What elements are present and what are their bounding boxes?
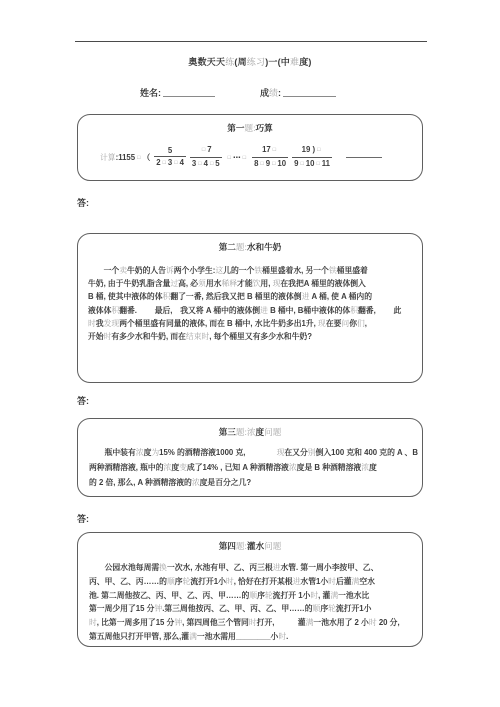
text-segment: 瓶中装有 bbox=[89, 448, 136, 457]
substituted-char: 稀释 bbox=[221, 279, 237, 288]
text-segment: 17 bbox=[262, 145, 271, 154]
substituted-char: 轮 bbox=[265, 591, 273, 600]
text-segment: , 第四周他三个管同 bbox=[182, 618, 249, 627]
missing-glyph-square: □ bbox=[260, 160, 263, 169]
text-segment: 开始 bbox=[88, 332, 104, 341]
name-blank-line bbox=[163, 95, 215, 97]
text-segment: 10 bbox=[277, 159, 286, 168]
substituted-char: 们 bbox=[357, 319, 365, 328]
text-segment: 4 bbox=[180, 158, 184, 167]
problem3-box: 第三题:浓度问题 瓶中装有浓度为15% 的酒精溶液1000 克, 现在又分别倒入… bbox=[77, 418, 423, 497]
text-segment: ⋯ bbox=[233, 153, 241, 162]
missing-glyph-square: □ bbox=[273, 146, 276, 155]
text-segment: 4 bbox=[204, 159, 208, 168]
text-segment: B 桶中, B桶中液体的体 bbox=[268, 306, 350, 315]
fraction: 19 )□9□10□11 bbox=[292, 145, 332, 170]
text-segment: 牛奶的人告 bbox=[127, 266, 166, 275]
problem-text-line: 的 2 倍, 那么, A 种酒精溶液的浓度是百分之几? bbox=[89, 475, 412, 490]
problem-text-line: 牛奶, 由于牛奶乳脂含量过高, 必须用水稀释才能饮用, 现在我把A 桶里的液体倒… bbox=[88, 277, 412, 290]
problem-text-line: 时, 比第一周多用了15 分钟, 第四周他三个管同时打开, 灌满一池水用了 2 … bbox=[89, 616, 412, 630]
text-segment: A 桶, 使 A 桶内的 bbox=[309, 292, 372, 301]
answer-label-3: 答: bbox=[77, 512, 89, 525]
substituted-char: 满 bbox=[189, 632, 197, 641]
text-segment: 用, bbox=[260, 279, 272, 288]
fraction-numerator: 5 bbox=[166, 146, 174, 156]
text-segment: 在又分 bbox=[284, 448, 307, 457]
problem2-box: 第二题:水和牛奶 一个卖牛奶的人告诉两个小学生:这儿的一个铁桶里盛着水, 另一个… bbox=[77, 233, 423, 383]
problem-text-line: 一个卖牛奶的人告诉两个小学生:这儿的一个铁桶里盛着水, 另一个铁桶里盛着 bbox=[88, 264, 412, 277]
missing-glyph-square: □ bbox=[228, 155, 231, 161]
substituted-char: 题: bbox=[236, 541, 247, 551]
text-segment: 一池水用了 2 小 bbox=[313, 618, 368, 627]
fraction: □73□4□5 bbox=[190, 145, 222, 170]
substituted-char: 别 bbox=[308, 448, 316, 457]
text-segment: 一个 bbox=[88, 266, 119, 275]
substituted-char: 时 bbox=[328, 577, 336, 586]
substituted-char: 发现 bbox=[104, 319, 120, 328]
text-segment: 9 bbox=[294, 159, 298, 168]
problem-text-line: 第五周他只打开甲管, 那么,灌满一池水需用________小时. bbox=[89, 630, 412, 644]
text-segment: 公园水池每周需 bbox=[89, 563, 159, 572]
text-segment: 流打开1小 bbox=[336, 604, 372, 613]
text-segment: 奥数天天 bbox=[188, 57, 225, 67]
text-segment: 度 bbox=[369, 463, 377, 472]
doc-title: 奥数天天练(周练习)一(中难度) bbox=[0, 55, 500, 68]
text-segment: 7 bbox=[207, 145, 211, 154]
problem-text-line: 瓶中装有浓度为15% 的酒精溶液1000 克, 现在又分别倒入100 克和 40… bbox=[89, 445, 412, 460]
text-segment: 成 bbox=[260, 88, 269, 98]
worksheet-page: 奥数天天练(周练习)一(中难度) 姓名: 成绩: 第一题:巧算 计算:1155□… bbox=[0, 0, 500, 707]
missing-glyph-square: □ bbox=[272, 160, 275, 169]
substituted-char: 满 bbox=[330, 591, 338, 600]
text-segment: 序 bbox=[257, 591, 265, 600]
substituted-char: 积 bbox=[350, 306, 358, 315]
substituted-char: 进 bbox=[260, 306, 268, 315]
text-segment: 序 bbox=[320, 604, 328, 613]
text-segment: 序 bbox=[175, 577, 183, 586]
fraction-denominator: 9□10□11 bbox=[292, 157, 332, 170]
fraction-numerator: □7 bbox=[198, 145, 214, 157]
text-segment: （ bbox=[142, 153, 150, 162]
substituted-char: 变 bbox=[179, 463, 187, 472]
substituted-char: 练 bbox=[225, 57, 234, 67]
substituted-char: 这 bbox=[215, 266, 223, 275]
missing-glyph-square: □ bbox=[137, 155, 140, 161]
problem-text-line: B 桶, 使其中液体的体积翻了一番, 然后我又把 B 桶里的液体倒进 A 桶, … bbox=[88, 290, 412, 303]
text-segment: 第五周他只打开甲管, 那么,灌 bbox=[89, 632, 189, 641]
problem2-title: 第二题:水和牛奶 bbox=[78, 241, 422, 253]
text-segment: 一池水需用________小 bbox=[197, 632, 278, 641]
text-segment: 流打开 1小 bbox=[273, 591, 311, 600]
text-segment: 翻了一番, 然后我又把 B 桶里的液体倒 bbox=[170, 292, 301, 301]
problem-text-line: 第一周少用了15 分钟.第三周他按丙、乙、甲、丙、乙、甲……的顺序轮流打开1小 bbox=[89, 602, 412, 616]
fraction: 17□8□9□10 bbox=[252, 145, 288, 170]
substituted-char: 浓 bbox=[136, 448, 144, 457]
problem4-title: 第四题:灌水问题 bbox=[78, 540, 422, 552]
text-segment: )一(中 bbox=[265, 57, 290, 67]
text-segment: 的 2 倍, 那么, A 种酒精溶液的 bbox=[89, 478, 192, 487]
text-segment: 度 bbox=[255, 427, 264, 437]
text-segment: 在要 bbox=[326, 319, 342, 328]
substituted-char: 题: bbox=[245, 123, 256, 133]
text-segment: B 桶, 使其中液体的体 bbox=[88, 292, 163, 301]
text-segment: 度是 B 种酒精溶液 bbox=[297, 463, 362, 472]
text-segment: 15% 的酒精溶液1000 克, bbox=[159, 448, 276, 457]
substituted-char: 过 bbox=[170, 279, 178, 288]
substituted-char: 须 bbox=[198, 279, 206, 288]
text-segment: , 比第一周多用了15 分 bbox=[97, 618, 175, 627]
text-segment: 3 bbox=[168, 158, 172, 167]
answer-label-2: 答: bbox=[77, 394, 89, 407]
text-segment: 桶里盛着 bbox=[337, 266, 368, 275]
text-segment: 用水 bbox=[206, 279, 222, 288]
problem3-title: 第三题:浓度问题 bbox=[78, 426, 422, 438]
substituted-char: 浓 bbox=[361, 463, 369, 472]
text-segment: 度是百分之几? bbox=[200, 478, 252, 487]
text-segment: 两个桶里盛有同量的液体, 而在 B 桶中, 水比牛奶多出1升, bbox=[119, 319, 318, 328]
fraction: 52□3□4 bbox=[154, 146, 186, 169]
text-segment: 第四 bbox=[219, 541, 236, 551]
problem-text-line: 丙、甲、乙、丙……的顺序轮流打开1小时, 恰好在打开某根进水管1小时后灌满空水 bbox=[89, 575, 412, 589]
text-segment: 5 bbox=[168, 146, 172, 155]
substituted-char: 绩 bbox=[269, 88, 278, 98]
substituted-char: 为 bbox=[151, 448, 159, 457]
missing-glyph-square: □ bbox=[163, 159, 166, 168]
problem3-text: 瓶中装有浓度为15% 的酒精溶液1000 克, 现在又分别倒入100 克和 40… bbox=[89, 445, 412, 490]
substituted-char: 时 bbox=[249, 618, 257, 627]
text-segment: 流打开1小 bbox=[190, 577, 226, 586]
text-segment: 2 bbox=[156, 158, 160, 167]
missing-glyph-square: □ bbox=[210, 160, 213, 169]
text-segment: 11 bbox=[322, 159, 330, 168]
text-segment: 10 bbox=[306, 159, 315, 168]
substituted-char: 现 bbox=[318, 319, 326, 328]
text-segment: 第三 bbox=[219, 427, 236, 437]
text-segment: 池. 第二周他按乙、丙、甲、乙、丙、甲……的 bbox=[89, 591, 249, 600]
answer-blank-line bbox=[346, 156, 382, 158]
substituted-char: 问题 bbox=[264, 427, 281, 437]
text-segment: 高, 必 bbox=[178, 279, 198, 288]
missing-glyph-square: □ bbox=[317, 146, 320, 155]
text-segment: 丙、甲、乙、丙……的 bbox=[89, 577, 167, 586]
text-segment: 一池水比 bbox=[338, 591, 369, 600]
problem1-title: 第一题:巧算 bbox=[78, 122, 422, 134]
text-segment: 3 bbox=[192, 159, 196, 168]
substituted-char: 计算 bbox=[100, 153, 116, 162]
text-segment: 翻番, 此 bbox=[358, 306, 401, 315]
substituted-char: 时 bbox=[89, 618, 97, 627]
substituted-char: 结束 bbox=[186, 332, 202, 341]
text-segment: 巧算 bbox=[255, 123, 272, 133]
text-segment: 第一周少用了15 分 bbox=[89, 604, 154, 613]
text-segment: 19 ) bbox=[302, 145, 315, 154]
text-segment: 液体体 bbox=[88, 306, 111, 315]
problem1-box: 第一题:巧算 计算:1155□（52□3□4□73□4□5□⋯□17□8□9□1… bbox=[77, 114, 423, 181]
text-segment: .第三周他按丙、乙、甲、丙、乙、甲……的 bbox=[162, 604, 312, 613]
substituted-char: 诉 bbox=[166, 266, 174, 275]
substituted-char: 时 bbox=[88, 319, 96, 328]
top-rule bbox=[75, 41, 427, 42]
missing-glyph-square: □ bbox=[202, 146, 205, 155]
text-segment: , 恰好在打开某根 bbox=[234, 577, 293, 586]
problem-text-line: 两种酒精溶液, 瓶中的浓度变成了14% , 已知 A 种酒精溶液浓度是 B 种酒… bbox=[89, 460, 412, 475]
text-segment: 度) bbox=[299, 57, 311, 67]
text-segment: 后灌 bbox=[336, 577, 352, 586]
fraction-denominator: 3□4□5 bbox=[190, 157, 222, 170]
missing-glyph-square: □ bbox=[174, 159, 177, 168]
text-segment: 牛奶, 由于牛奶乳脂含量 bbox=[88, 279, 170, 288]
substituted-char: 问题 bbox=[264, 541, 281, 551]
answer-label-1: 答: bbox=[77, 196, 89, 209]
substituted-char: 题: bbox=[236, 427, 247, 437]
text-segment: 20 分, bbox=[377, 618, 400, 627]
fraction-numerator: 19 )□ bbox=[300, 145, 325, 157]
text-segment: 5 bbox=[215, 159, 219, 168]
text-segment: 一次水, 水池有甲、乙、丙三根 bbox=[167, 563, 273, 572]
text-segment: 空水 bbox=[359, 577, 375, 586]
substituted-char: 铁 bbox=[329, 266, 337, 275]
missing-glyph-square: □ bbox=[300, 160, 303, 169]
text-segment: 翻番. 最后, 我又将 A 桶中的液体倒 bbox=[119, 306, 260, 315]
text-segment: 打开, 灌 bbox=[257, 618, 306, 627]
substituted-char: 浓 bbox=[192, 478, 200, 487]
substituted-char: 时 bbox=[278, 632, 286, 641]
substituted-char: 时 bbox=[369, 618, 377, 627]
text-segment: 在我把A 桶里的液体倒入 bbox=[280, 279, 365, 288]
score-label: 成绩: bbox=[260, 86, 281, 99]
text-segment: 第一 bbox=[227, 123, 244, 133]
text-segment: : bbox=[278, 88, 281, 98]
missing-glyph-square: □ bbox=[243, 155, 246, 161]
problem2-text: 一个卖牛奶的人告诉两个小学生:这儿的一个铁桶里盛着水, 另一个铁桶里盛着牛奶, … bbox=[88, 264, 412, 343]
text-segment: 第二 bbox=[219, 242, 236, 252]
substituted-char: 题: bbox=[236, 242, 247, 252]
substituted-char: 顺 bbox=[249, 591, 257, 600]
text-segment: 灌水 bbox=[247, 541, 264, 551]
score-blank-line bbox=[283, 95, 336, 97]
problem-text-line: 液体体积翻番. 最后, 我又将 A 桶中的液体倒进 B 桶中, B桶中液体的体积… bbox=[88, 304, 412, 317]
text-segment: . bbox=[286, 632, 288, 641]
text-segment: 倒入100 克和 400 克的 A 、B bbox=[316, 448, 418, 457]
formula-text: □⋯□ bbox=[226, 153, 248, 162]
text-segment: (周 bbox=[234, 57, 246, 67]
problem1-formula: 计算:1155□（52□3□4□73□4□5□⋯□17□8□9□1019 )□9… bbox=[98, 142, 422, 172]
text-segment: 9 bbox=[266, 159, 270, 168]
text-segment: 桶里盛着水, 另一个 bbox=[262, 266, 329, 275]
text-segment: 水管1小 bbox=[300, 577, 328, 586]
substituted-char: 卖 bbox=[119, 266, 127, 275]
substituted-char: 难 bbox=[290, 57, 299, 67]
text-segment: 有多少水和牛奶, 而在 bbox=[111, 332, 186, 341]
text-segment: , 灌 bbox=[318, 591, 330, 600]
problem-text-line: 公园水池每周需换一次水, 水池有甲、乙、丙三根进水管. 第一周小李按甲、乙、 bbox=[89, 561, 412, 575]
problem-text-line: 开始时有多少水和牛奶, 而在结束时, 每个桶里又有多少水和牛奶? bbox=[88, 330, 412, 343]
missing-glyph-square: □ bbox=[316, 160, 319, 169]
text-segment: 两种酒精溶液, 瓶中的 bbox=[89, 463, 164, 472]
substituted-char: 练习 bbox=[247, 57, 265, 67]
text-segment: 才能 bbox=[237, 279, 253, 288]
problem4-box: 第四题:灌水问题 公园水池每周需换一次水, 水池有甲、乙、丙三根进水管. 第一周… bbox=[77, 532, 423, 647]
substituted-char: 时 bbox=[310, 591, 318, 600]
substituted-char: 换 bbox=[159, 563, 167, 572]
formula-text: 计算:1155□（ bbox=[100, 152, 150, 163]
text-segment: 你 bbox=[349, 319, 357, 328]
substituted-char: 铁 bbox=[254, 266, 262, 275]
text-segment: 度 bbox=[171, 463, 179, 472]
text-segment: 水管. 第一周小李按甲、乙、 bbox=[280, 563, 378, 572]
name-label: 姓名: bbox=[140, 86, 161, 99]
text-segment: , 每个桶里又有多少水和牛奶? bbox=[209, 332, 312, 341]
text-segment: 我 bbox=[96, 319, 104, 328]
missing-glyph-square: □ bbox=[198, 160, 201, 169]
substituted-char: 轮 bbox=[328, 604, 336, 613]
text-segment: 水和牛奶 bbox=[247, 242, 281, 252]
fraction-denominator: 8□9□10 bbox=[252, 157, 288, 170]
text-segment: :1155 bbox=[116, 153, 136, 162]
problem-text-line: 池. 第二周他按乙、丙、甲、乙、丙、甲……的顺序轮流打开 1小时, 灌满一池水比 bbox=[89, 589, 412, 603]
substituted-char: 时 bbox=[226, 577, 234, 586]
problem4-text: 公园水池每周需换一次水, 水池有甲、乙、丙三根进水管. 第一周小李按甲、乙、丙、… bbox=[89, 561, 412, 644]
substituted-char: 顺 bbox=[167, 577, 175, 586]
fraction-denominator: 2□3□4 bbox=[154, 156, 186, 169]
substituted-char: 钟 bbox=[174, 618, 182, 627]
text-segment: 8 bbox=[254, 159, 258, 168]
text-segment: 儿的一个 bbox=[223, 266, 254, 275]
text-segment: , bbox=[365, 319, 367, 328]
problem-text-line: 时我发现两个桶里盛有同量的液体, 而在 B 桶中, 水比牛奶多出1升, 现在要问… bbox=[88, 317, 412, 330]
text-segment: 两个小学生: bbox=[174, 266, 216, 275]
fraction-numerator: 17□ bbox=[260, 145, 280, 157]
text-segment: 成了14% , 已知 A 种酒精溶液 bbox=[187, 463, 289, 472]
substituted-char: 浓 bbox=[289, 463, 297, 472]
